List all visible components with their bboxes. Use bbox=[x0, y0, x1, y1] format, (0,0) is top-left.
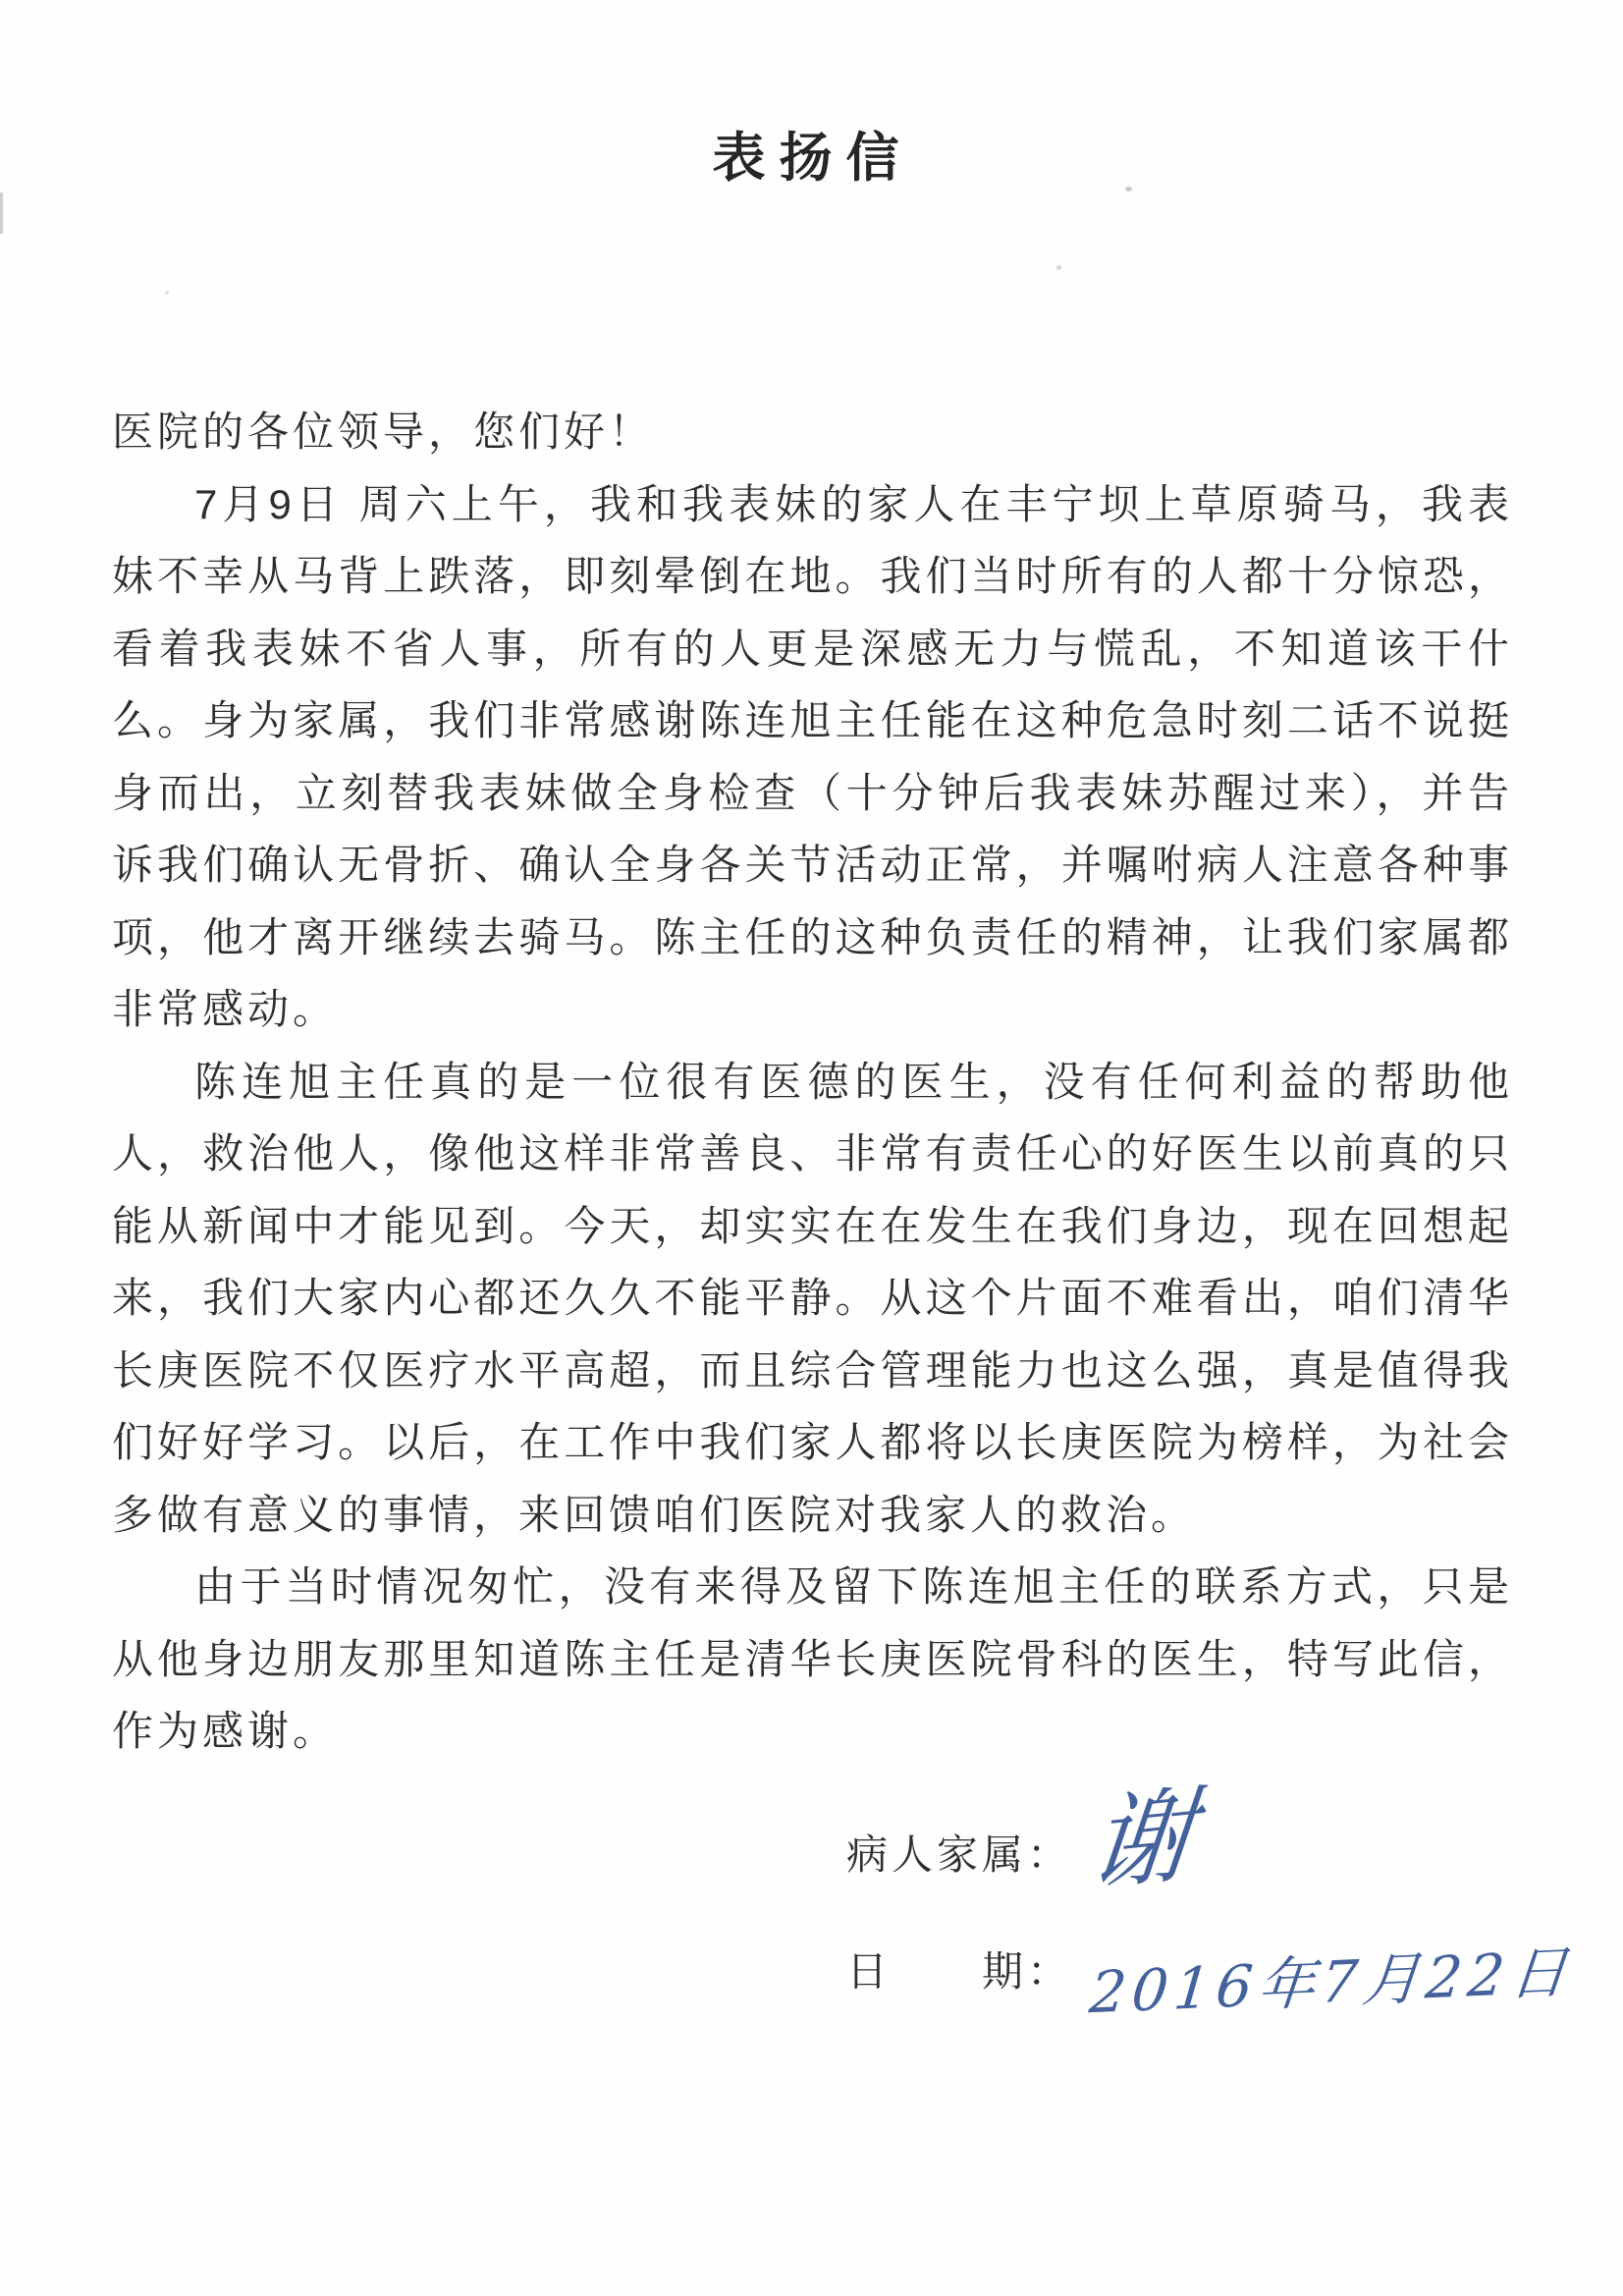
scanned-letter-page: 表扬信 医院的各位领导，您们好！ 7月9日 周六上午，我和我表妹的家人在丰宁坝上… bbox=[0, 0, 1623, 2296]
scan-speck bbox=[1125, 187, 1132, 191]
handwritten-signature: 谢 bbox=[1086, 1788, 1201, 1892]
signature-block: 病人家属： 谢 日 期： 2016年7月22日 bbox=[846, 1827, 1513, 2034]
body-paragraph-3: 由于当时情况匆忙，没有来得及留下陈连旭主任的联系方式，只是从他身边朋友那里知道陈… bbox=[112, 1551, 1513, 1768]
letter-title: 表扬信 bbox=[112, 116, 1513, 191]
greeting-line: 医院的各位领导，您们好！ bbox=[112, 396, 1513, 468]
signer-label: 病人家属： bbox=[846, 1827, 1072, 1885]
date-label: 日 期： bbox=[846, 1943, 1072, 2001]
scan-speck bbox=[165, 291, 169, 295]
body-paragraph-1: 7月9日 周六上午，我和我表妹的家人在丰宁坝上草原骑马，我表妹不幸从马背上跌落，… bbox=[112, 468, 1513, 1046]
body-paragraph-2: 陈连旭主任真的是一位很有医德的医生，没有任何利益的帮助他人，救治他人，像他这样非… bbox=[112, 1046, 1513, 1552]
handwritten-date: 2016年7月22日 bbox=[1086, 1933, 1577, 2034]
signer-row: 病人家属： 谢 bbox=[846, 1827, 1513, 1893]
date-row: 日 期： 2016年7月22日 bbox=[846, 1943, 1513, 2033]
scan-speck bbox=[1056, 265, 1061, 270]
scan-edge-artifact bbox=[0, 192, 3, 234]
letter-body: 医院的各位领导，您们好！ 7月9日 周六上午，我和我表妹的家人在丰宁坝上草原骑马… bbox=[112, 396, 1513, 1768]
